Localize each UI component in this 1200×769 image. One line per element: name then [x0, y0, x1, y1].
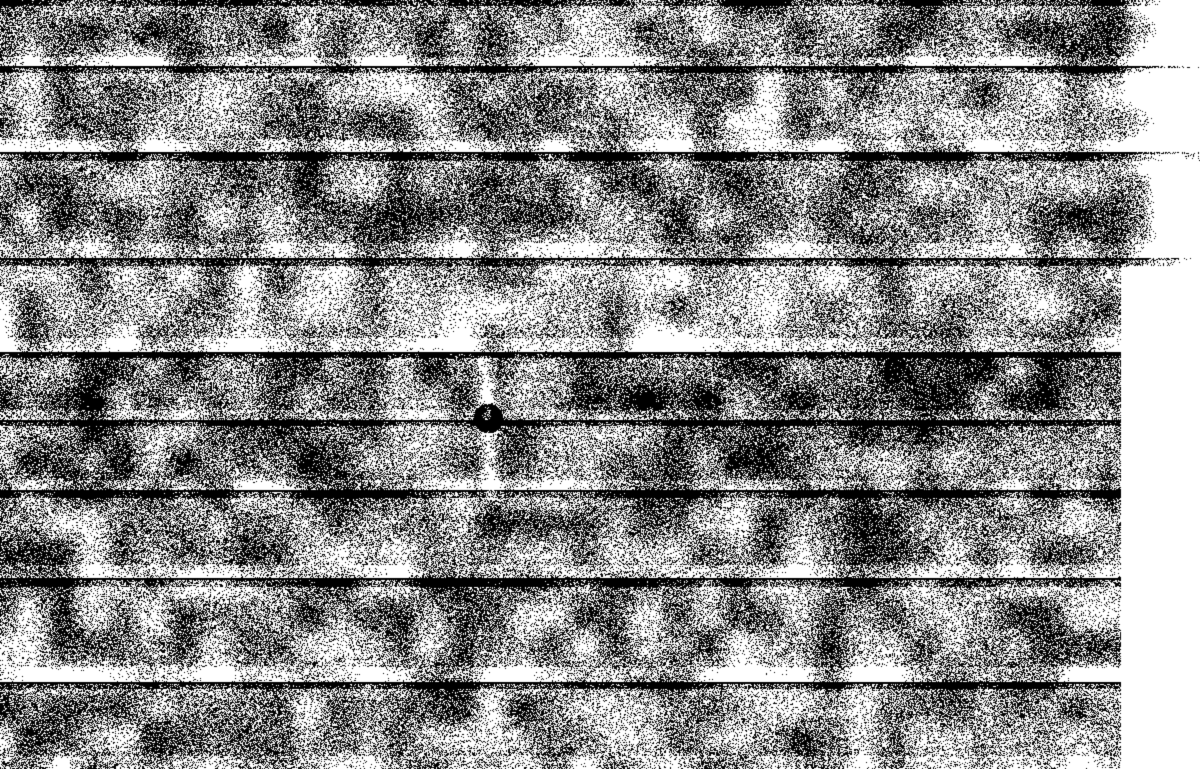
grunge-plank-texture: [0, 0, 1200, 769]
